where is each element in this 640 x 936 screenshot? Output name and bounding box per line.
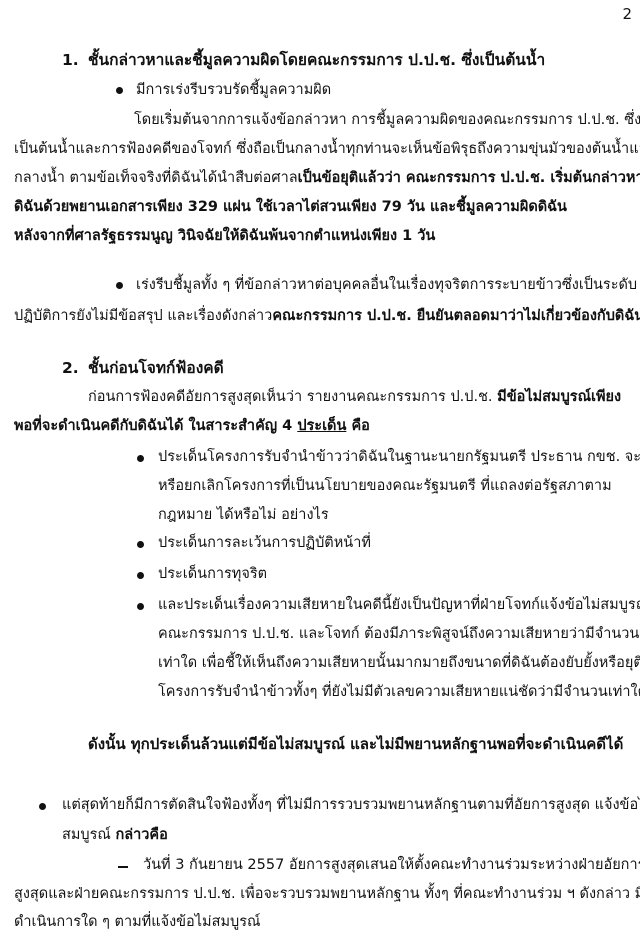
section-2-title: ชั้นก่อนโจทก์ฟ้องคดี	[88, 358, 224, 378]
issue-line: หรือยกเลิกโครงการที่เป็นนโยบายของคณะรัฐม…	[158, 476, 612, 496]
bullet-icon	[137, 603, 144, 610]
paragraph-line: เป็นต้นน้ำและการฟ้องคดีของโจทก์ ซึ่งถือเ…	[14, 139, 640, 159]
text-bold: เป็นข้อยุติแล้วว่า คณะกรรมการ ป.ป.ช. เริ…	[298, 170, 640, 186]
bullet-icon	[137, 572, 144, 579]
paragraph-line: แต่สุดท้ายก็มีการตัดสินใจฟ้องทั้งๆ ที่ไม…	[62, 795, 640, 815]
paragraph-line: ดำเนินการใด ๆ ตามที่แจ้งข้อไม่สมบูรณ์	[14, 912, 260, 932]
bullet-icon	[137, 455, 144, 462]
issue-line: คณะกรรมการ ป.ป.ช. และโจทก์ ต้องมีภาระพิส…	[158, 624, 639, 644]
issue-line: กฎหมาย ได้หรือไม่ อย่างไร	[158, 505, 329, 525]
issue-line: โครงการรับจำนำข้าวทั้งๆ ที่ยังไม่มีตัวเล…	[158, 682, 640, 702]
paragraph-line: โดยเริ่มต้นจากการแจ้งข้อกล่าวหา การชี้มู…	[134, 110, 640, 130]
dash-icon	[118, 866, 128, 868]
bullet-icon	[116, 282, 123, 289]
issue-line: และประเด็นเรื่องความเสียหายในคดีนี้ยังเป…	[158, 595, 640, 615]
conclusion: ดังนั้น ทุกประเด็นล้วนแต่มีข้อไม่สมบูรณ์…	[88, 734, 623, 754]
paragraph-line: พอที่จะดำเนินคดีกับดิฉันได้ ในสาระสำคัญ …	[14, 416, 370, 436]
text-underlined: ประเด็น	[297, 418, 346, 434]
paragraph-line: สูงสุดและฝ่ายคณะกรรมการ ป.ป.ช. เพื่อจะรว…	[14, 884, 640, 904]
paragraph-line: วันที่ 3 กันยายน 2557 อัยการสูงสุดเสนอให…	[143, 855, 640, 875]
text-bold: กล่าวคือ	[115, 827, 167, 843]
issue-line: ประเด็นโครงการรับจำนำข้าวว่าดิฉันในฐานะน…	[158, 447, 640, 467]
paragraph-line-bold: หลังจากที่ศาลรัฐธรรมนูญ วินิจฉัยให้ดิฉัน…	[14, 226, 435, 246]
text-plain: ก่อนการฟ้องคดีอัยการสูงสุดเห็นว่า รายงาน…	[88, 389, 497, 405]
text-bold: พอที่จะดำเนินคดีกับดิฉันได้ ในสาระสำคัญ …	[14, 418, 297, 434]
section-2-number: 2.	[62, 358, 79, 378]
section-1-number: 1.	[62, 50, 79, 70]
paragraph-line: สมบูรณ์ กล่าวคือ	[62, 825, 168, 845]
paragraph-line: เร่งรีบชี้มูลทั้ง ๆ ที่ข้อกล่าวหาต่อบุคค…	[136, 275, 637, 295]
text-plain: ปฏิบัติการยังไม่มีข้อสรุป และเรื่องดังกล…	[14, 308, 272, 324]
bullet-icon	[137, 541, 144, 548]
text-plain: กลางน้ำ ตามข้อเท็จจริงที่ดิฉันได้นำสืบต่…	[14, 170, 298, 186]
bullet-icon	[39, 803, 46, 810]
issue-line: ประเด็นการละเว้นการปฏิบัติหน้าที่	[158, 533, 371, 553]
paragraph-line: ก่อนการฟ้องคดีอัยการสูงสุดเห็นว่า รายงาน…	[88, 387, 621, 407]
page-number: 2	[622, 4, 632, 24]
paragraph-line: ปฏิบัติการยังไม่มีข้อสรุป และเรื่องดังกล…	[14, 306, 640, 326]
text-plain: สมบูรณ์	[62, 827, 115, 843]
issue-line: ประเด็นการทุจริต	[158, 564, 267, 584]
text-bold: มีข้อไม่สมบูรณ์เพียง	[497, 389, 621, 405]
section-1-title: ชั้นกล่าวหาและชี้มูลความผิดโดยคณะกรรมการ…	[88, 50, 545, 70]
issue-line: เท่าใด เพื่อชี้ให้เห็นถึงความเสียหายนั้น…	[158, 653, 640, 673]
bullet-icon	[116, 87, 123, 94]
text-bold: คณะกรรมการ ป.ป.ช. ยืนยันตลอดมาว่าไม่เกี่…	[272, 308, 640, 324]
bullet-1-title: มีการเร่งรีบรวบรัดชี้มูลความผิด	[136, 80, 331, 100]
paragraph-line: กลางน้ำ ตามข้อเท็จจริงที่ดิฉันได้นำสืบต่…	[14, 168, 640, 188]
paragraph-line-bold: ดิฉันด้วยพยานเอกสารเพียง 329 แผ่น ใช้เวล…	[14, 197, 567, 217]
text-bold: คือ	[346, 418, 369, 434]
